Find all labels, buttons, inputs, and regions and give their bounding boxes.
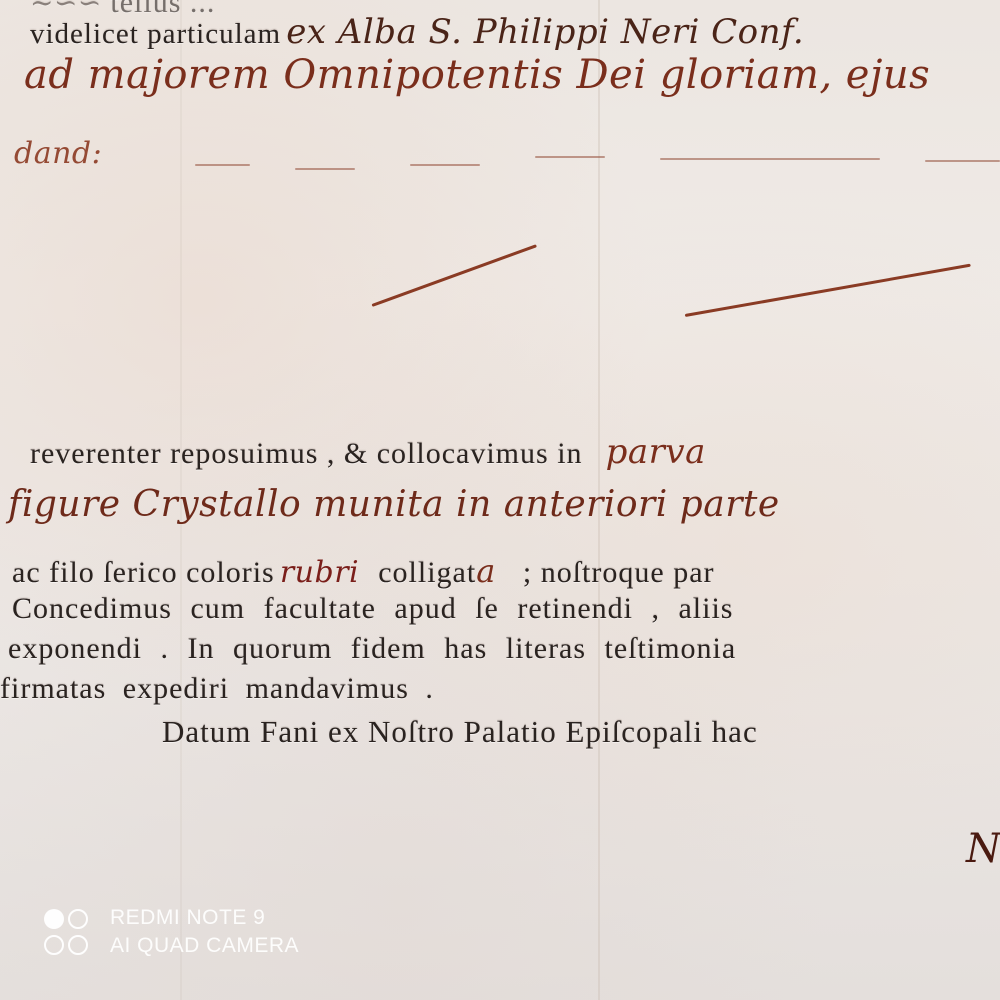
camera-watermark: REDMI NOTE 9 AI QUAD CAMERA — [44, 904, 299, 960]
camera-lens-logo-icon — [44, 907, 94, 957]
document-line-colligata: ac filo ſerico coloris rubri colligata ;… — [12, 552, 715, 590]
manuscript-text: ex Alba S. Philippi Neri Conf. — [286, 12, 804, 52]
manuscript-text: parva — [606, 432, 706, 472]
manuscript-line-3: dand: — [14, 136, 102, 171]
document-line-reposuimus: reverenter reposuimus , & collocavimus i… — [30, 432, 706, 472]
manuscript-text: a — [476, 552, 496, 590]
document-line-firmatas: firmatas expediri mandavimus . — [0, 672, 434, 706]
watermark-line-2: AI QUAD CAMERA — [110, 932, 299, 960]
printed-text: reverenter reposuimus , & collocavimus i… — [30, 437, 583, 470]
printed-text: ac filo ſerico coloris — [12, 556, 275, 589]
manuscript-line-figure: figure Crystallo munita in anteriori par… — [8, 484, 780, 525]
manuscript-line-2: ad majorem Omnipotentis Dei gloriam, eju… — [24, 52, 930, 98]
document-line-concedimus: Concedimus cum facultate apud ſe retinen… — [12, 592, 733, 626]
filler-dash — [535, 156, 605, 158]
filler-dash — [295, 168, 355, 170]
filler-dash — [410, 164, 480, 166]
printed-text: ; noſtroque par — [523, 556, 715, 589]
filler-dash — [925, 160, 1000, 162]
filler-dash — [195, 164, 250, 166]
strike-line — [371, 244, 536, 307]
signature-fragment: N — [966, 826, 1000, 872]
filler-dash — [660, 158, 880, 160]
manuscript-text: rubri — [280, 555, 359, 590]
document-line-1: videlicet particulam ex Alba S. Philippi… — [30, 12, 804, 52]
watermark-line-1: REDMI NOTE 9 — [110, 904, 299, 932]
document-line-exponendi: exponendi . In quorum fidem has literas … — [8, 632, 736, 666]
printed-text: videlicet particulam — [30, 18, 281, 50]
printed-text: colligat — [378, 556, 476, 589]
document-line-datum: Datum Fani ex Noſtro Palatio Epiſcopali … — [162, 714, 758, 750]
strike-line — [685, 264, 971, 317]
